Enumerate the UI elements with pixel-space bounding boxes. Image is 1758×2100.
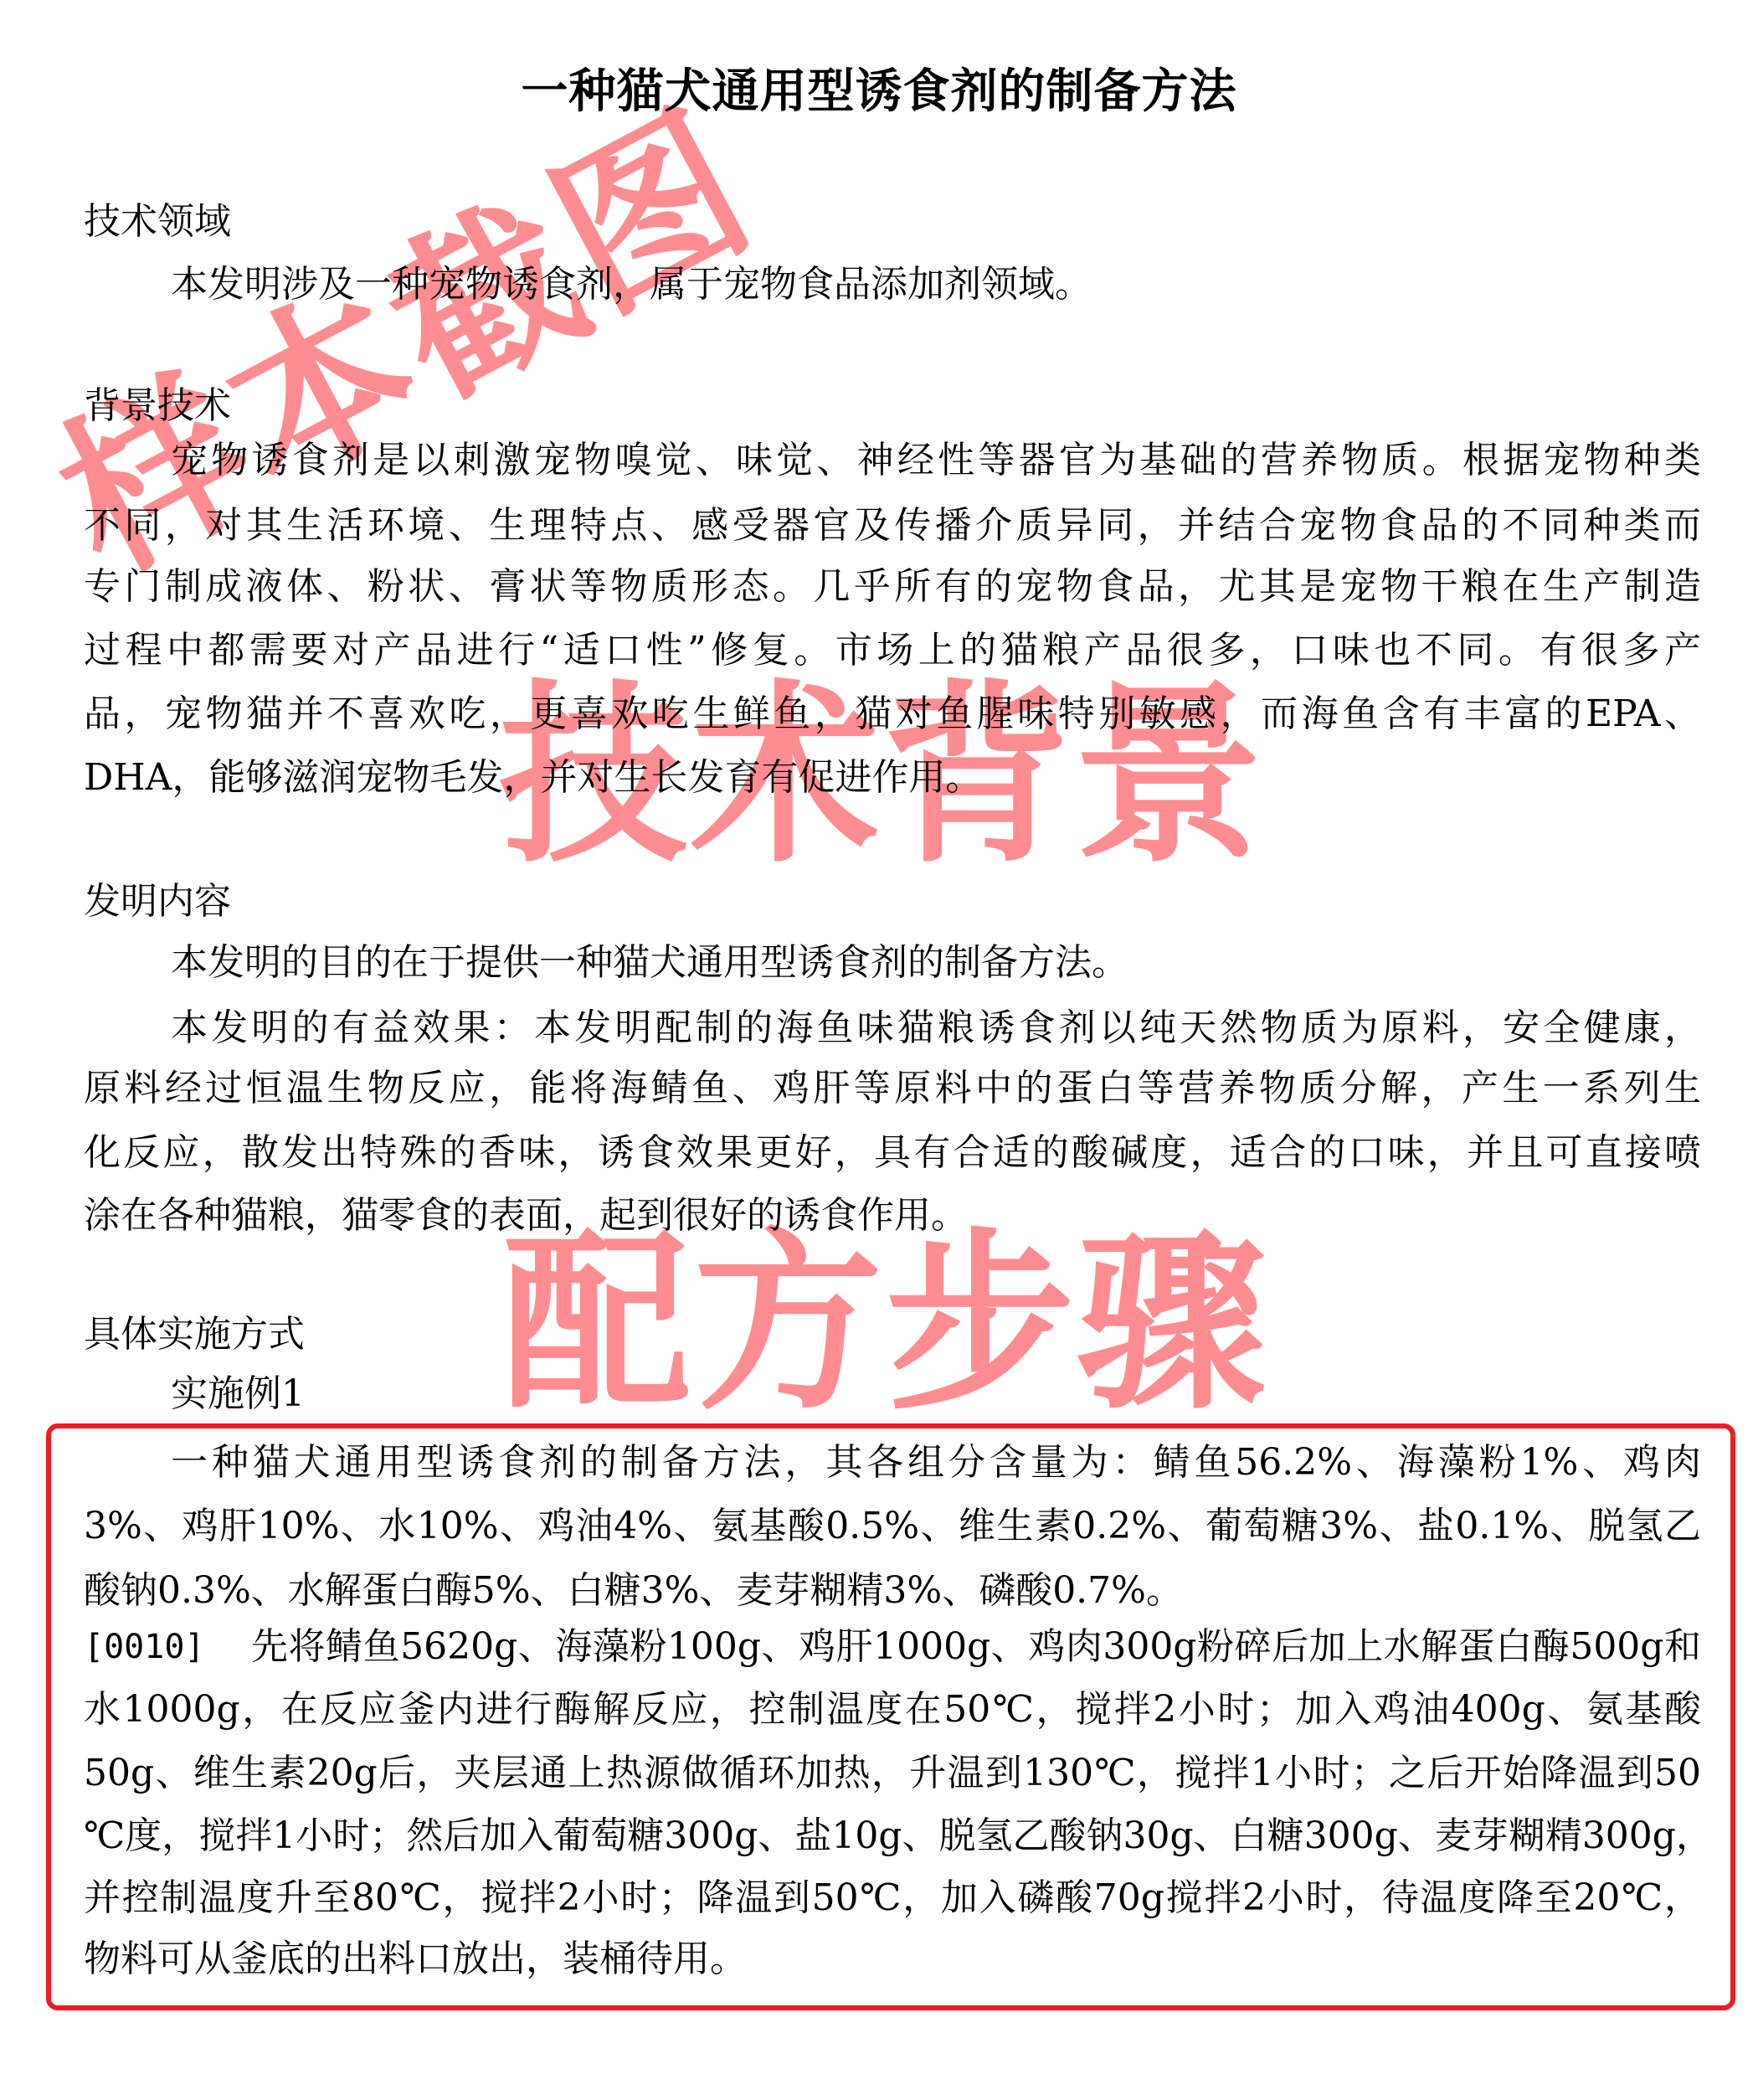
example-label: 实施例1 (171, 1369, 305, 1419)
procedure-line: 物料可从釜底的出料口放出，装桶待用。 (84, 1934, 1701, 1984)
heading-embodiment: 具体实施方式 (84, 1311, 305, 1358)
composition-line: 酸钠0.3%、水解蛋白酶5%、白糖3%、麦芽糊精3%、磷酸0.7%。 (84, 1566, 1701, 1616)
document-page: 一种猫犬通用型诱食剂的制备方法 技术领域 本发明涉及一种宠物诱食剂，属于宠物食品… (0, 0, 1758, 2100)
background-line: 专门制成液体、粉状、膏状等物质形态。几乎所有的宠物食品，尤其是宠物干粮在生产制造 (84, 562, 1701, 612)
invention-content-line: 本发明的目的在于提供一种猫犬通用型诱食剂的制备方法。 (171, 938, 1128, 988)
invention-content-line: 化反应，散发出特殊的香味，诱食效果更好，具有合适的酸碱度，适合的口味，并且可直接… (84, 1128, 1701, 1178)
background-line: DHA，能够滋润宠物毛发，并对生长发育有促进作用。 (84, 753, 1701, 803)
background-line: 不同，对其生活环境、生理特点、感受器官及传播介质异同，并结合宠物食品的不同种类而 (84, 501, 1701, 551)
heading-technical-field: 技术领域 (84, 198, 231, 245)
technical-field-text: 本发明涉及一种宠物诱食剂，属于宠物食品添加剂领域。 (171, 260, 1092, 310)
procedure-line: 先将鲭鱼5620g、海藻粉100g、鸡肝1000g、鸡肉300g粉碎后加上水解蛋… (251, 1622, 1701, 1672)
procedure-line: 50g、维生素20g后，夹层通上热源做循环加热，升温到130℃，搅拌1小时；之后… (84, 1748, 1701, 1799)
paragraph-number: [0010] (84, 1622, 205, 1672)
invention-content-line: 原料经过恒温生物反应，能将海鲭鱼、鸡肝等原料中的蛋白等营养物质分解，产生一系列生 (84, 1063, 1701, 1114)
document-title: 一种猫犬通用型诱食剂的制备方法 (0, 65, 1758, 119)
invention-content-line: 涂在各种猫粮，猫零食的表面，起到很好的诱食作用。 (84, 1191, 1701, 1241)
background-line: 品，宠物猫并不喜欢吃，更喜欢吃生鲜鱼，猫对鱼腥味特别敏感，而海鱼含有丰富的EPA… (84, 689, 1701, 739)
composition-line: 3%、鸡肝10%、水10%、鸡油4%、氨基酸0.5%、维生素0.2%、葡萄糖3%… (84, 1501, 1701, 1552)
procedure-line: ℃度，搅拌1小时；然后加入葡萄糖300g、盐10g、脱氢乙酸钠30g、白糖300… (84, 1811, 1701, 1861)
background-line: 过程中都需要对产品进行“适口性”修复。市场上的猫粮产品很多，口味也不同。有很多产 (84, 625, 1701, 676)
background-line: 宠物诱食剂是以刺激宠物嗅觉、味觉、神经性等器官为基础的营养物质。根据宠物种类 (171, 435, 1701, 486)
composition-line: 一种猫犬通用型诱食剂的制备方法，其各组分含量为：鲭鱼56.2%、海藻粉1%、鸡肉 (171, 1438, 1701, 1488)
procedure-line: 水1000g，在反应釜内进行酶解反应，控制温度在50℃，搅拌2小时；加入鸡油40… (84, 1685, 1701, 1735)
invention-content-line: 本发明的有益效果：本发明配制的海鱼味猫粮诱食剂以纯天然物质为原料，安全健康， (171, 1003, 1701, 1053)
heading-invention-content: 发明内容 (84, 878, 231, 925)
watermark-formula-steps: 配方步骤 (502, 1228, 1269, 1421)
heading-background: 背景技术 (84, 383, 231, 430)
procedure-line: 并控制温度升至80℃，搅拌2小时；降温到50℃，加入磷酸70g搅拌2小时，待温度… (84, 1873, 1701, 1923)
